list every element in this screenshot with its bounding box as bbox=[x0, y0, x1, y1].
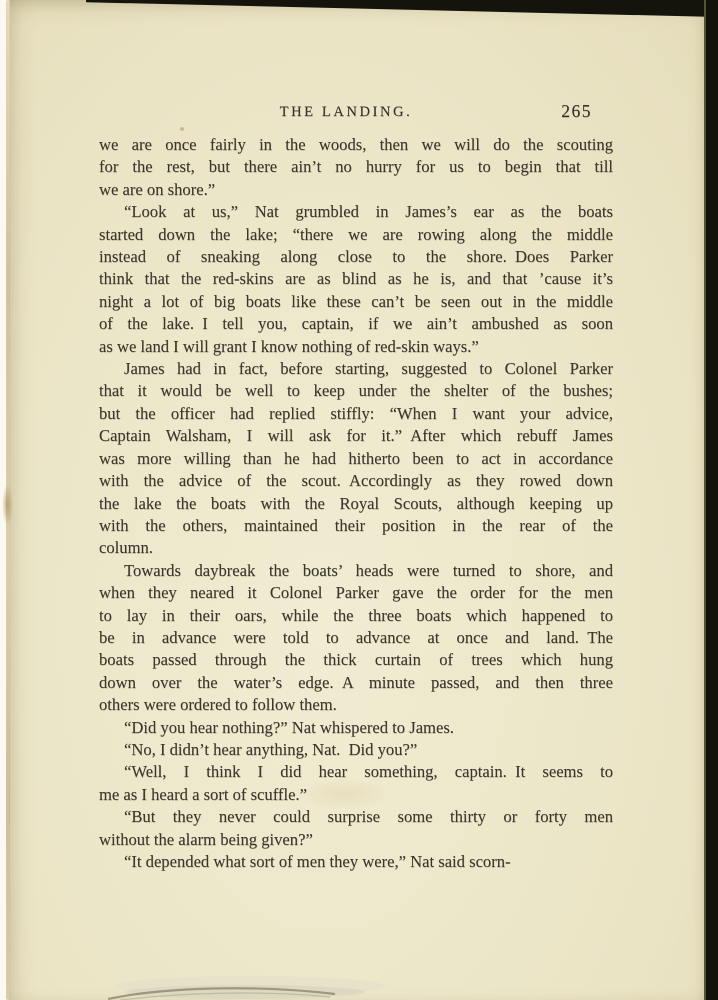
scanned-book-spread: THE LANDING. 265 we are once fairly in t… bbox=[0, 0, 718, 1000]
paragraph: “But they never could surprise some thir… bbox=[99, 806, 613, 851]
text-line: of the lake. I tell you, captain, if we … bbox=[99, 313, 613, 335]
paragraph: Towards daybreak the boats’ heads were t… bbox=[99, 560, 613, 717]
text-line: instead of sneaking along close to the s… bbox=[99, 246, 613, 268]
text-line: without the alarm being given?” bbox=[99, 829, 613, 851]
text-line: but the officer had replied stiffly: “Wh… bbox=[99, 403, 613, 425]
text-line: others were ordered to follow them. bbox=[99, 694, 613, 716]
text-line: when they neared it Colonel Parker gave … bbox=[99, 582, 613, 604]
under-pages-edge bbox=[0, 966, 718, 1000]
running-title: THE LANDING. bbox=[89, 104, 603, 121]
text-line: “But they never could surprise some thir… bbox=[99, 806, 613, 828]
paragraph: “Look at us,” Nat grumbled in James’s ea… bbox=[99, 201, 613, 358]
text-line: for the rest, but there ain’t no hurry f… bbox=[99, 156, 613, 178]
paragraph: “No, I didn’t hear anything, Nat. Did yo… bbox=[99, 739, 613, 761]
page-number: 265 bbox=[561, 101, 592, 122]
page-edge-notch bbox=[2, 484, 13, 526]
text-line: started down the lake; “there we are row… bbox=[99, 224, 613, 246]
text-line: down over the water’s edge. A minute pas… bbox=[99, 672, 613, 694]
text-line: boats passed through the thick curtain o… bbox=[99, 649, 613, 671]
text-block: we are once fairly in the woods, then we… bbox=[99, 134, 613, 873]
text-line: “Did you hear nothing?” Nat whispered to… bbox=[99, 717, 613, 739]
text-line: as we land I will grant I know nothing o… bbox=[99, 336, 613, 358]
text-line: the lake the boats with the Royal Scouts… bbox=[99, 493, 613, 515]
text-line: we are on shore.” bbox=[99, 179, 613, 201]
paragraph: James had in fact, before starting, sugg… bbox=[99, 358, 613, 560]
text-line: column. bbox=[99, 537, 613, 559]
text-line: we are once fairly in the woods, then we… bbox=[99, 134, 613, 156]
paper-speck bbox=[180, 127, 184, 131]
paragraph: “It depended what sort of men they were,… bbox=[99, 851, 613, 873]
scan-border-right bbox=[704, 0, 718, 1000]
text-line: night a lot of big boats like these can’… bbox=[99, 291, 613, 313]
text-line: me as I heard a sort of scuffle.” bbox=[99, 784, 613, 806]
text-line: with the advice of the scout. Accordingl… bbox=[99, 470, 613, 492]
paragraph: “Well, I think I did hear something, cap… bbox=[99, 761, 613, 806]
text-line: James had in fact, before starting, sugg… bbox=[99, 358, 613, 380]
text-line: think that the red-skins are as blind as… bbox=[99, 268, 613, 290]
text-line: “It depended what sort of men they were,… bbox=[99, 851, 613, 873]
text-line: was more willing than he had hitherto be… bbox=[99, 448, 613, 470]
text-line: Captain Walsham, I will ask for it.” Aft… bbox=[99, 425, 613, 447]
paragraph: “Did you hear nothing?” Nat whispered to… bbox=[99, 717, 613, 739]
text-line: to lay in their oars, while the three bo… bbox=[99, 605, 613, 627]
text-line: with the others, maintained their positi… bbox=[99, 515, 613, 537]
text-line: “No, I didn’t hear anything, Nat. Did yo… bbox=[99, 739, 613, 761]
text-line: that it would be well to keep under the … bbox=[99, 380, 613, 402]
text-line: “Well, I think I did hear something, cap… bbox=[99, 761, 613, 783]
text-line: “Look at us,” Nat grumbled in James’s ea… bbox=[99, 201, 613, 223]
text-line: be in advance were told to advance at on… bbox=[99, 627, 613, 649]
running-head: THE LANDING. 265 bbox=[99, 101, 613, 123]
paragraph: we are once fairly in the woods, then we… bbox=[99, 134, 613, 201]
text-line: Towards daybreak the boats’ heads were t… bbox=[99, 560, 613, 582]
